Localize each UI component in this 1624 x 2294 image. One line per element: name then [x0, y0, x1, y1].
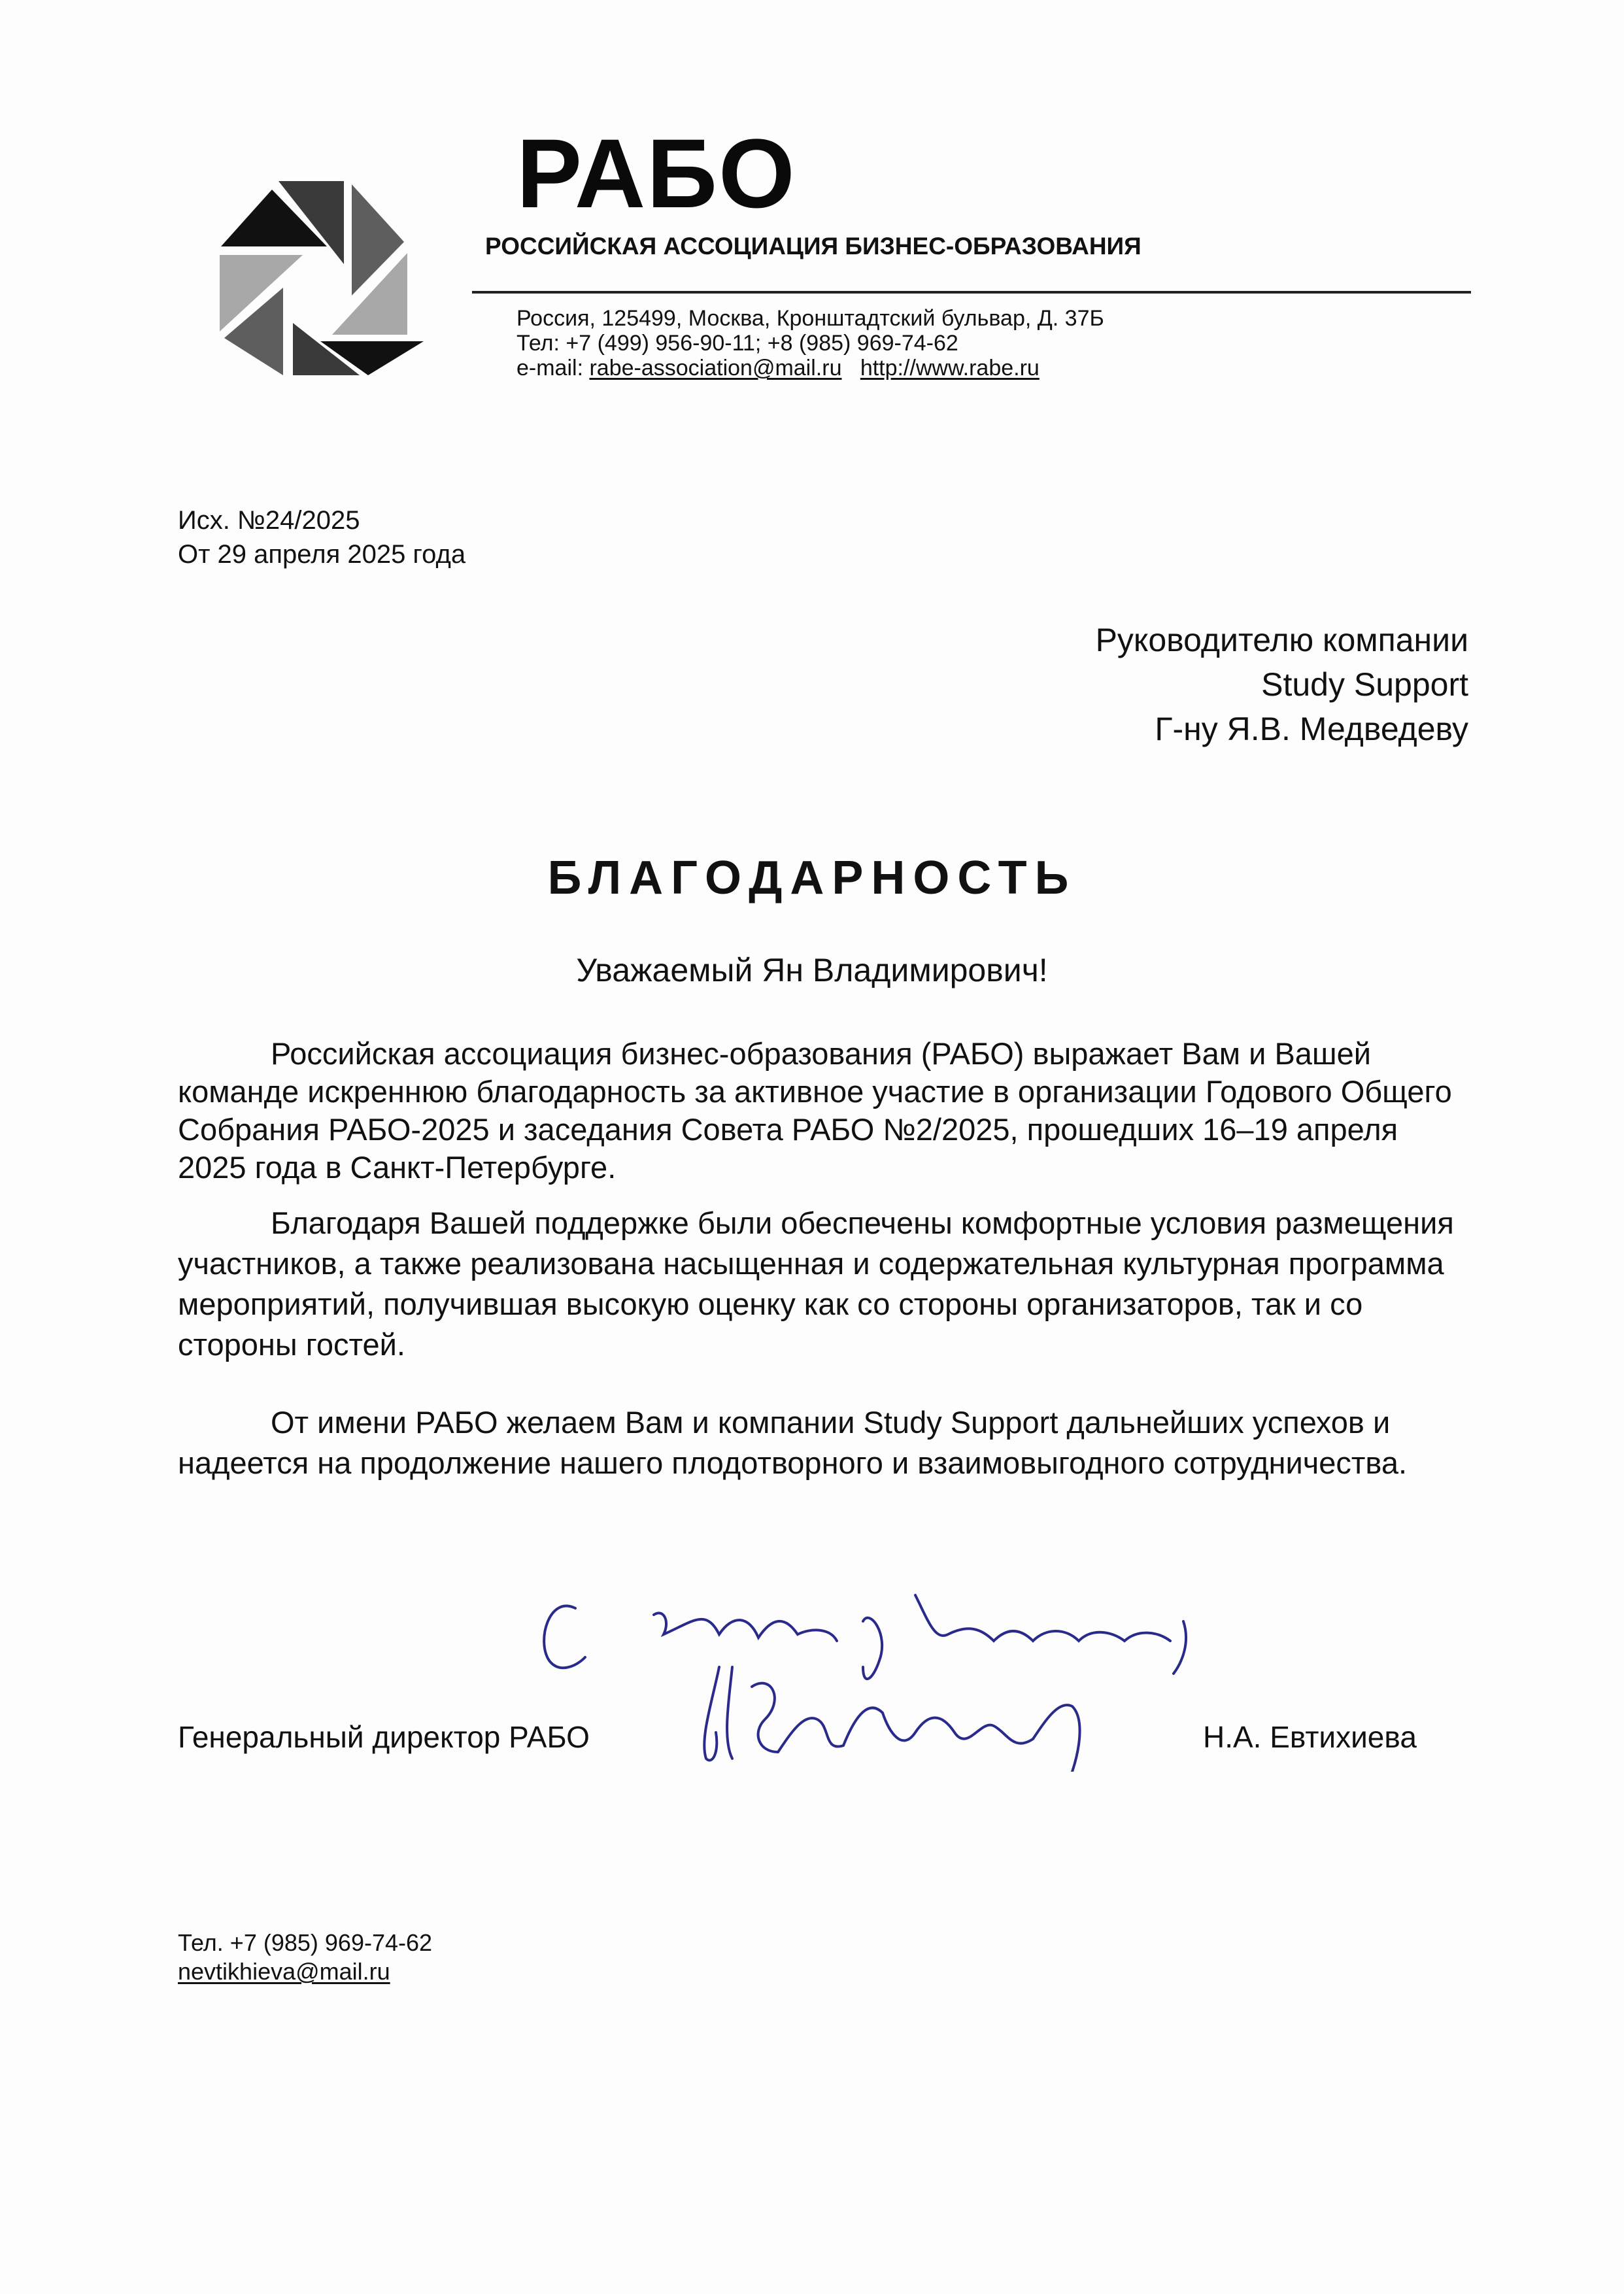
addressee-name: Г-ну Я.В. Медведеву	[1096, 707, 1468, 751]
email-link[interactable]: rabe-association@mail.ru	[589, 356, 841, 380]
website-link[interactable]: http://www.rabe.ru	[860, 356, 1040, 380]
addressee-company: Study Support	[1096, 662, 1468, 707]
octagon-aperture-logo-icon	[208, 145, 438, 375]
reference-date: От 29 апреля 2025 года	[178, 537, 465, 571]
footer-phone: Тел. +7 (985) 969-74-62	[178, 1929, 432, 1957]
email-web-line: e-mail: rabe-association@mail.ru http://…	[516, 356, 1104, 380]
body-paragraph: Российская ассоциация бизнес-образования…	[178, 1035, 1466, 1187]
reference-number: Исх. №24/2025	[178, 503, 465, 537]
letterhead-contacts: Россия, 125499, Москва, Кронштадтский бу…	[516, 306, 1104, 380]
email-label: e-mail:	[516, 356, 589, 380]
footer-contacts: Тел. +7 (985) 969-74-62 nevtikhieva@mail…	[178, 1929, 432, 1986]
letterhead-divider	[472, 291, 1471, 294]
addressee-block: Руководителю компании Study Support Г-ну…	[1096, 618, 1468, 751]
phones: Тел: +7 (499) 956-90-11; +8 (985) 969-74…	[516, 331, 1104, 356]
signature-icon	[693, 1661, 1151, 1772]
body-paragraph: Благодаря Вашей поддержке были обеспечен…	[178, 1203, 1466, 1365]
address: Россия, 125499, Москва, Кронштадтский бу…	[516, 306, 1104, 331]
signer-name: Н.А. Евтихиева	[1203, 1719, 1417, 1755]
body-paragraph: От имени РАБО желаем Вам и компании Stud…	[178, 1402, 1466, 1483]
greeting: Уважаемый Ян Владимирович!	[0, 951, 1624, 989]
brand-name: РАБО	[516, 124, 796, 222]
organization-full-name: РОССИЙСКАЯ АССОЦИАЦИЯ БИЗНЕС-ОБРАЗОВАНИЯ	[485, 233, 1142, 260]
footer-email-link[interactable]: nevtikhieva@mail.ru	[178, 1957, 432, 1986]
reference-block: Исх. №24/2025 От 29 апреля 2025 года	[178, 503, 465, 571]
signer-title: Генеральный директор РАБО	[178, 1719, 590, 1755]
addressee-position: Руководителю компании	[1096, 618, 1468, 662]
document-title: БЛАГОДАРНОСТЬ	[0, 851, 1624, 905]
